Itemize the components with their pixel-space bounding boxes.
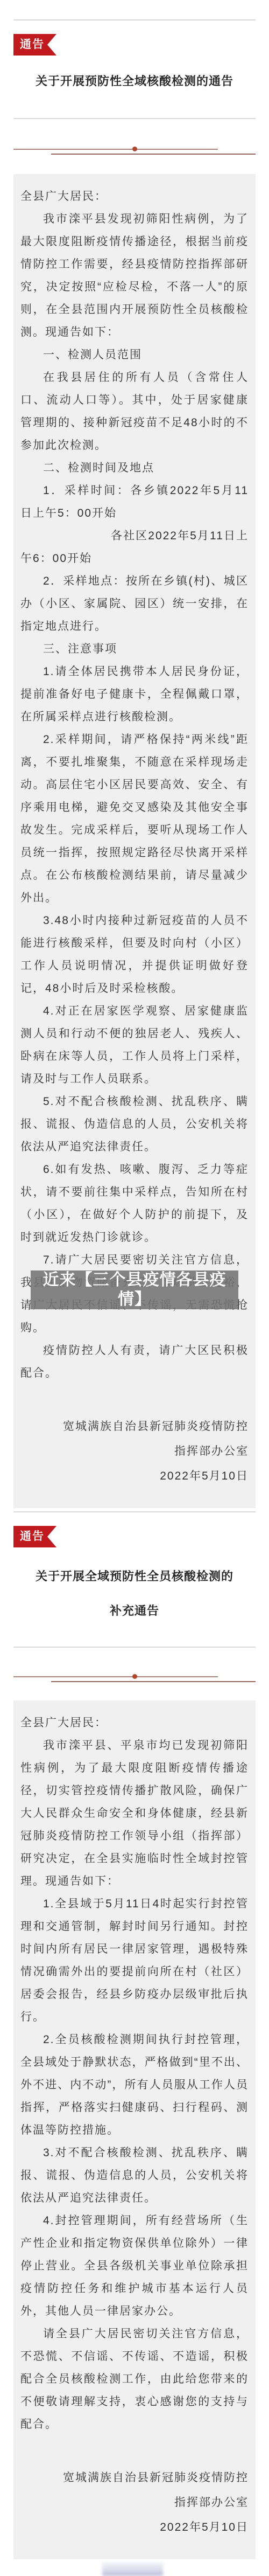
ribbon-label: 通告 — [20, 1530, 45, 1543]
notice2-title-line2: 补充通告 — [13, 1594, 256, 1628]
paragraph: 3.48小时内接种过新冠疫苗的人员不能进行核酸采样，但要及时向村（小区）工作人员… — [20, 909, 249, 1000]
paragraph: 2.采样期间，请严格保持“两米线”距离，不要扎堆聚集，不随意在采样现场走动。高层… — [20, 728, 249, 909]
paragraph: 请全县广大居民密切关注官方信息，不恐慌、不信谣、不传谣、不造谣，积极配合全员核酸… — [20, 2323, 249, 2436]
watermark-text: 近来【三个县疫情各县疫情】 — [31, 1270, 238, 1309]
paragraph: 1.请全体居民携带本人居民身份证，提前准备好电子健康卡，全程佩戴口罩，在所属采样… — [20, 661, 249, 728]
divider-line-top — [13, 1511, 256, 1512]
paragraph: 2.全员核酸检测期间执行封控管理，全县域处于静默状态，严格做到“里不出、外不进、… — [20, 2029, 249, 2142]
ornament-line-lower — [51, 154, 256, 155]
ornament-divider — [13, 1676, 256, 1683]
divider-line-bottom — [13, 1647, 256, 1648]
notice2-body-card: 全县广大居民： 我市滦平县、平泉市均已发现初筛阳性病例，为了最大限度阻断疫情传播… — [13, 1700, 256, 2559]
notice1-title: 关于开展预防性全域核酸检测的通告 — [13, 74, 256, 89]
paragraph: 6.如有发热、咳嗽、腹泻、乏力等症状，请不要前往集中采样点，告知所在村（小区），… — [20, 1158, 249, 1249]
signature-block: 宽城满族自治县新冠肺炎疫情防控 指挥部办公室 2022年5月10日 — [20, 2466, 249, 2540]
paragraph: 4.封控管理期间，所有经营场所（生产性企业和指定物资保供单位除外）一律停止营业。… — [20, 2210, 249, 2323]
ornament-line-upper — [13, 149, 218, 150]
paragraph: 我市滦平县、平泉市均已发现初筛阳性病例，为了最大限度阻断疫情传播途径，切实管控疫… — [20, 1734, 249, 1893]
ornament-line-upper — [13, 1676, 218, 1677]
section-heading: 三、注意事项 — [20, 638, 249, 661]
paragraph: 各社区2022年5月11日上午6：00开始 — [20, 525, 249, 570]
signature-org-line2: 指挥部办公室 — [20, 2490, 249, 2515]
signature-block: 宽城满族自治县新冠肺炎疫情防控 指挥部办公室 2022年5月10日 — [20, 1414, 249, 1489]
paragraph: 2．采样地点：按所在乡镇(村)、城区办（小区、家属院、园区）统一安排，在指定地点… — [20, 570, 249, 638]
paragraph: 疫情防控人人有责，请广大区民积极配合。 — [20, 1339, 249, 1385]
paragraph: 4.对正在居家医学观察、居家健康监测人员和行动不便的独居老人、残疾人、卧病在床等… — [20, 1000, 249, 1091]
paragraph: 我市滦平县发现初筛阳性病例，为了最大限度阻断疫情传播途径，根据当前疫情防控工作需… — [20, 208, 249, 344]
ornament-dot — [132, 1674, 137, 1679]
paragraph: 1.全县域于5月11日4时起实行封控管理和交通管制，解封时间另行通知。封控时间内… — [20, 1893, 249, 2029]
blurred-stamp — [102, 2562, 163, 2576]
salutation: 全县广大居民： — [20, 1712, 249, 1734]
paragraph: 在我县居住的所有人员（含常住人口、流动人口等）。其中，处于居家健康管理期的、接种… — [20, 366, 249, 457]
ornament-line-lower — [51, 1681, 256, 1682]
section-heading: 二、检测时间及地点 — [20, 457, 249, 480]
notice-2: 通告 关于开展全域预防性全员核酸检测的 补充通告 全县广大居民： 我市滦平县、平… — [13, 1511, 256, 2559]
signature-org-line1: 宽城满族自治县新冠肺炎疫情防控 — [20, 2466, 249, 2490]
watermark-overlay: 近来【三个县疫情各县疫情】 — [31, 1270, 238, 1309]
notice-ribbon-badge: 通告 — [13, 34, 56, 55]
notice2-title-line1: 关于开展全域预防性全员核酸检测的 — [13, 1559, 256, 1594]
signature-org-line2: 指挥部办公室 — [20, 1439, 249, 1464]
paragraph: 5.对不配合核酸检测、扰乱秩序、瞒报、谎报、伪造信息的人员，公安机关将依法从严追… — [20, 1091, 249, 1158]
section-heading: 一、检测人员范围 — [20, 344, 249, 366]
signature-date: 2022年5月10日 — [20, 2515, 249, 2540]
signature-org-line1: 宽城满族自治县新冠肺炎疫情防控 — [20, 1414, 249, 1439]
divider-line-top — [13, 19, 256, 20]
ribbon-label: 通告 — [20, 38, 45, 51]
notice-ribbon-badge: 通告 — [13, 1526, 56, 1547]
ornament-divider — [13, 149, 256, 155]
divider-line-bottom — [13, 118, 256, 119]
signature-date: 2022年5月10日 — [20, 1464, 249, 1489]
ornament-dot — [132, 147, 137, 151]
paragraph: 3.对不配合核酸检测、扰乱秩序、瞒报、谎报、伪造信息的人员，公安机关将依法从严追… — [20, 2142, 249, 2210]
paragraph: 1．采样时间：各乡镇2022年5月11日上午5：00开始 — [20, 480, 249, 525]
article-page: 通告 关于开展预防性全域核酸检测的通告 全县广大居民： 我市滦平县发现初筛阳性病… — [0, 0, 269, 2576]
notice2-title: 关于开展全域预防性全员核酸检测的 补充通告 — [13, 1559, 256, 1628]
salutation: 全县广大居民： — [20, 185, 249, 208]
